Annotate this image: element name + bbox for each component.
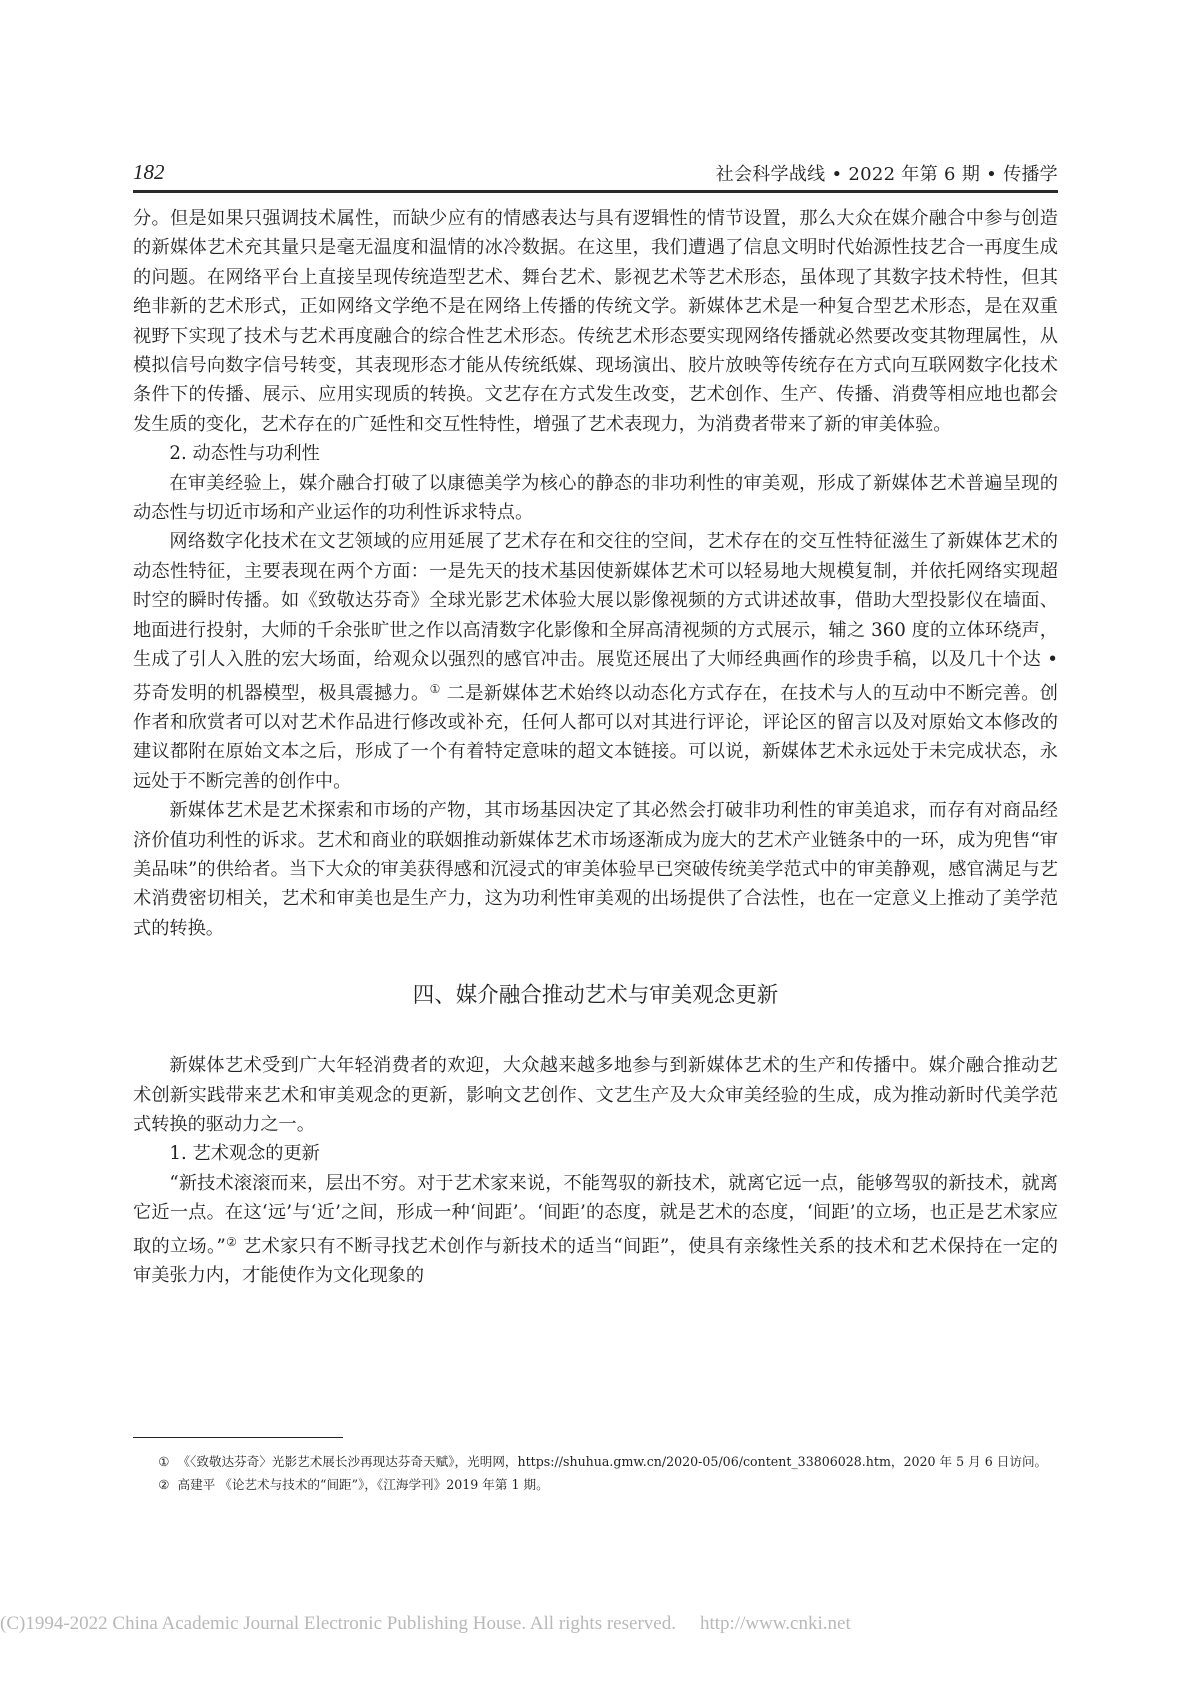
footnote-rule [133,1437,343,1438]
paragraph: 新媒体艺术受到广大年轻消费者的欢迎，大众越来越多地参与到新媒体艺术的生产和传播中… [133,1051,1058,1139]
paragraph: 新媒体艺术是艺术探索和市场的产物，其市场基因决定了其必然会打破非功利性的审美追求… [133,796,1058,943]
footnote-mark: ② [158,1477,169,1492]
footnote-text: 《〈致敬达芬奇〉光影艺术展长沙再现达芬奇天赋》，光明网，https://shuh… [177,1454,1047,1469]
subsection-heading: 2. 动态性与功利性 [133,439,1058,468]
footnotes: ①《〈致敬达芬奇〉光影艺术展长沙再现达芬奇天赋》，光明网，https://shu… [133,1450,1058,1496]
paragraph-text: 网络数字化技术在文艺领域的应用延展了艺术存在和交往的空间，艺术存在的交互性特征滋… [133,531,1058,703]
copyright-text: (C)1994-2022 China Academic Journal Elec… [0,1613,676,1634]
cnki-link[interactable]: http://www.cnki.net [700,1613,851,1634]
copyright-watermark: (C)1994-2022 China Academic Journal Elec… [0,1613,1190,1635]
paragraph: 网络数字化技术在文艺领域的应用延展了艺术存在和交往的空间，艺术存在的交互性特征滋… [133,527,1058,796]
paragraph: 在审美经验上，媒介融合打破了以康德美学为核心的静态的非功利性的审美观，形成了新媒… [133,469,1058,528]
paragraph-text: 艺术家只有不断寻找艺术创作与新技术的适当“间距”，使具有亲缘性关系的技术和艺术保… [133,1236,1058,1286]
page-number: 182 [133,160,165,185]
header-rule [133,190,1058,193]
paragraph: “新技术滚滚而来，层出不穷。对于艺术家来说，不能驾驭的新技术，就离它远一点，能够… [133,1169,1058,1291]
footnote-item: ②高建平 《论艺术与技术的“间距”》，《江海学刊》2019 年第 1 期。 [133,1473,1058,1496]
footnote-mark: ① [158,1454,169,1469]
running-head: 182 社会科学战线 • 2022 年第 6 期 • 传播学 [133,160,1058,188]
footnote-ref[interactable]: ① [430,682,441,696]
footnote-item: ①《〈致敬达芬奇〉光影艺术展长沙再现达芬奇天赋》，光明网，https://shu… [133,1450,1058,1473]
paragraph: 分。但是如果只强调技术属性，而缺少应有的情感表达与具有逻辑性的情节设置，那么大众… [133,204,1058,439]
footnote-ref[interactable]: ② [226,1235,237,1249]
article-body: 分。但是如果只强调技术属性，而缺少应有的情感表达与具有逻辑性的情节设置，那么大众… [133,204,1058,1290]
footnote-text: 高建平 《论艺术与技术的“间距”》，《江海学刊》2019 年第 1 期。 [177,1477,548,1492]
subsection-heading: 1. 艺术观念的更新 [133,1139,1058,1168]
journal-title: 社会科学战线 • 2022 年第 6 期 • 传播学 [716,160,1058,186]
section-title: 四、媒介融合推动艺术与审美观念更新 [133,981,1058,1011]
